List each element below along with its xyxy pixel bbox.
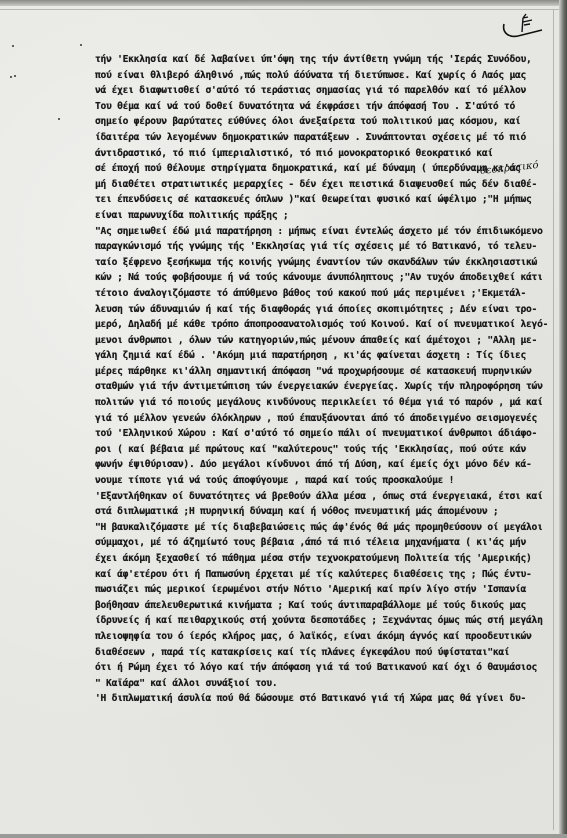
- text-line: παραγκώνισμό τής γνώμης τής 'Εκκλησίας γ…: [95, 239, 545, 255]
- text-line: Του θέμα καί νά τού δοθεί δυνατότητα νά …: [95, 99, 545, 115]
- text-line: νουμε τίποτε γιά νά τούς άποφύγουμε , πα…: [95, 473, 545, 489]
- text-line: [95, 707, 545, 723]
- scan-top-edge: [0, 0, 567, 6]
- scan-speck: [10, 76, 12, 78]
- text-line: φωνήν έψιθύρισαν). Δύο μεγάλοι κίνδυνοι …: [95, 457, 545, 473]
- text-line: πωσιάζει πώς μερικοί ίερωμένοι στήν Νότι…: [95, 582, 545, 598]
- text-line: τέτοιο άναλογιζόμαστε τό άπύθμενο βάθος …: [95, 286, 545, 302]
- scan-speck: [80, 44, 82, 46]
- text-line: πού είναι θλιβερό άληθινό ,πώς πολύ άόύν…: [95, 68, 545, 84]
- text-line: τει έπενδύσεις σέ κατασκευές όπλων )"καί…: [95, 192, 545, 208]
- scan-bottom-edge: [0, 834, 567, 838]
- text-line: σταθμών γιά τήν άντιμετώπιση τών ένεργει…: [95, 379, 545, 395]
- text-line: τού 'Ελληνικού Χώρου : Καί σ'αύτό τό σημ…: [95, 426, 545, 442]
- scan-right-edge: [559, 0, 567, 838]
- text-line: " Καϊάρα" καί άλλοι συνάξιοί του.: [95, 676, 545, 692]
- text-line: "Ας σημειωθεί έδώ μιά παρατήρηση : μήπως…: [95, 224, 545, 240]
- text-line: μέρες πάρθηκε κι'άλλη σημαντική άπόφαση …: [95, 364, 545, 380]
- text-line: σύμμαχοι, μέ τό άζημίωτό τους βέβαια ,άπ…: [95, 535, 545, 551]
- text-line: 'Εξαντλήθηκαν οί δυνατότητες νά βρεθούν …: [95, 489, 545, 505]
- text-line: λευση τών άδυναμιών ή καί τής διαφθοράς …: [95, 302, 545, 318]
- text-line: μερό, Δηλαδή μέ κάθε τρόπο άποπροσανατολ…: [95, 317, 545, 333]
- page-margin-line: [553, 10, 554, 830]
- text-line: ταίο ξέφρενο ξεσήκωμα τής κοινής γνώμης …: [95, 255, 545, 271]
- text-line: μενοι άνθρωποι , όλων τών κατηγοριών,πώς…: [95, 333, 545, 349]
- text-line: ότι ή Ρώμη έχει τό λόγο καί τήν άπόφαση …: [95, 660, 545, 676]
- text-line: σημείο φέρουν βαρύτατες εύθύνες όλοι άνε…: [95, 114, 545, 130]
- text-line: [95, 723, 545, 739]
- text-line: καί άφ'ετέρου ότι ή Παπωσύνη έρχεται μέ …: [95, 567, 545, 583]
- text-line: γιά τό μέλλον γενεών όλόκληρων , πού έπα…: [95, 411, 545, 427]
- svg-text:4: 4: [530, 27, 531, 29]
- text-line: 'Η διπλωματική άσυλία πού θά δώσουμε στό…: [95, 691, 545, 707]
- text-line: στά διπλωματικά ;Η πυρηνική δύναμη καί ή…: [95, 504, 545, 520]
- text-line: πλειοψηφία του ό ίερός κλήρος μας, ό λαϊ…: [95, 629, 545, 645]
- text-line: διαθέσεων , παρά τίς κατακρίσεις καί τίς…: [95, 645, 545, 661]
- text-line: μή διαθέτει στρατιωτικές μεραρχίες - δέν…: [95, 177, 545, 193]
- text-line: ίδαιτέρα τών λεγομένων δημοκρατικών παρα…: [95, 130, 545, 146]
- scan-speck: [12, 45, 14, 47]
- text-line: σέ έποχή πού θέλουμε στηρίγματα δημοκρατ…: [95, 161, 545, 177]
- text-line: ροι ( καί βέβαια μέ πρώτους καί "καλύτερ…: [95, 442, 545, 458]
- scan-speck: [58, 118, 60, 120]
- text-line: πολιτών γιά τό ποιούς μεγάλους κινδύνους…: [95, 395, 545, 411]
- text-line: κών ; Νά τούς φοβήσουμε ή νά τούς κάνουμ…: [95, 270, 545, 286]
- text-line: τήν 'Εκκλησία καί δέ λαβαίνει ύπ'όψη της…: [95, 52, 545, 68]
- text-line: βοήθησαν άπελευθερωτικά κινήματα ; Καί τ…: [95, 598, 545, 614]
- text-line: "Η βαυκαλιζόμαστε μέ τίς διαβεβαιώσεις π…: [95, 520, 545, 536]
- text-line: ίδρυνείς ή καί πειθαρχικούς στή χούντα δ…: [95, 613, 545, 629]
- text-line: γάλη ζημιά καί έδώ . 'Ακόμη μιά παρατήρη…: [95, 348, 545, 364]
- typewritten-body: τήν 'Εκκλησία καί δέ λαβαίνει ύπ'όψη της…: [95, 52, 545, 738]
- text-line: άντιδραστικό, τό πιό ίμπεριαλιστικό, τό …: [95, 146, 545, 162]
- scan-speck: [14, 75, 16, 77]
- text-line: νά έχει διαφωτισθεί σ'αύτό τό τεράστιας …: [95, 83, 545, 99]
- text-line: έχει άκόμη ξεχασθεί τό πάθημα μέσα στήν …: [95, 551, 545, 567]
- text-line: είναι παρωνυχίδα πολιτικής πράξης ;: [95, 208, 545, 224]
- scanned-document-page: 4 θεοκρατικό τήν 'Εκκλησία καί δέ λαβαίν…: [0, 0, 567, 838]
- scan-top-rule: [0, 9, 567, 10]
- handwritten-page-number-icon: 4: [500, 10, 550, 42]
